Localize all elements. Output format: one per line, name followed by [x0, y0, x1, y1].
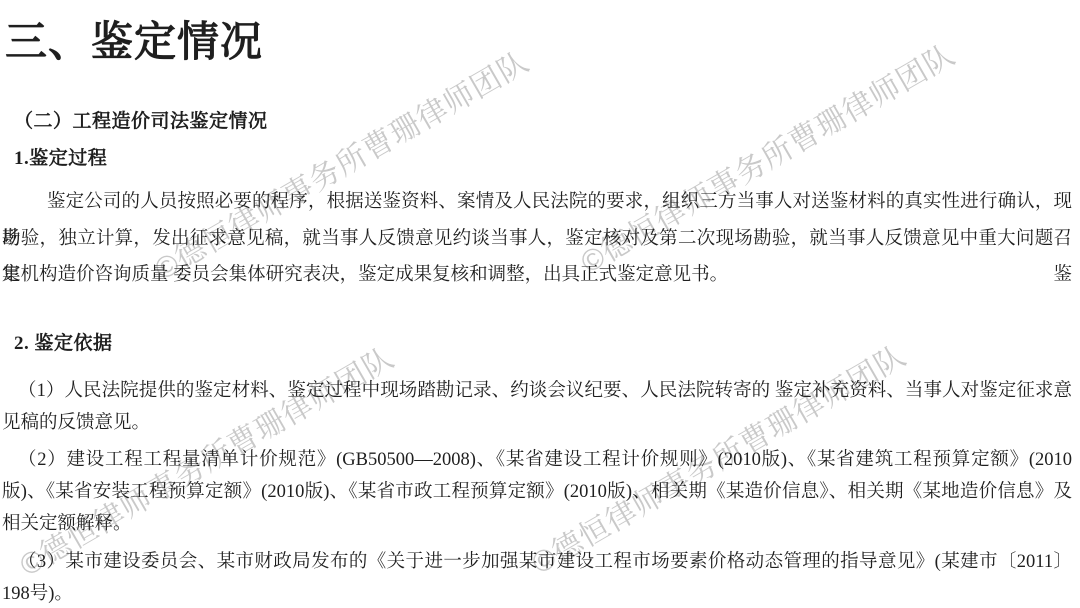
paragraph-appraisal-process: 鉴定公司的人员按照必要的程序，根据送鉴资料、案情及人民法院的要求，组织三方当事人…	[2, 184, 1072, 294]
document-title: 三、鉴定情况	[5, 18, 263, 68]
section-heading: （二）工程造价司法鉴定情况	[14, 109, 268, 135]
text-line: 鉴定公司的人员按照必要的程序，根据送鉴资料、案情及人民法院的要求，组织三方当事人…	[2, 184, 1072, 221]
document-page: ©德恒律师事务所曹珊律师团队 ©德恒律师事务所曹珊律师团队 ©德恒律师事务所曹珊…	[0, 0, 1080, 608]
text-line: （3）某市建设委员会、某市财政局发布的《关于进一步加强某市建设工程市场要素价格动…	[2, 546, 1072, 578]
process-heading: 1.鉴定过程	[14, 146, 107, 172]
basis-heading: 2. 鉴定依据	[14, 331, 113, 357]
basis-item-1: （1）人民法院提供的鉴定材料、鉴定过程中现场踏勘记录、约谈会议纪要、人民法院转寄…	[2, 375, 1072, 439]
text-line: （2）建设工程工程量清单计价规范》(GB50500—2008)、《某省建设工程计…	[2, 444, 1072, 476]
text-line: 见稿的反馈意见。	[2, 407, 1072, 439]
text-line: 相关定额解释。	[2, 508, 1072, 540]
basis-item-3: （3）某市建设委员会、某市财政局发布的《关于进一步加强某市建设工程市场要素价格动…	[2, 546, 1072, 608]
text-line: 198号)。	[2, 578, 1072, 608]
text-line: 版)、《某省安装工程预算定额》(2010版)、《某省市政工程预算定额》(2010…	[2, 476, 1072, 508]
text-line: （1）人民法院提供的鉴定材料、鉴定过程中现场踏勘记录、约谈会议纪要、人民法院转寄…	[2, 375, 1072, 407]
text-line: 勘验，独立计算，发出征求意见稿，就当事人反馈意见约谈当事人，鉴定核对及第二次现场…	[2, 221, 1072, 258]
basis-item-2: （2）建设工程工程量清单计价规范》(GB50500—2008)、《某省建设工程计…	[2, 444, 1072, 540]
